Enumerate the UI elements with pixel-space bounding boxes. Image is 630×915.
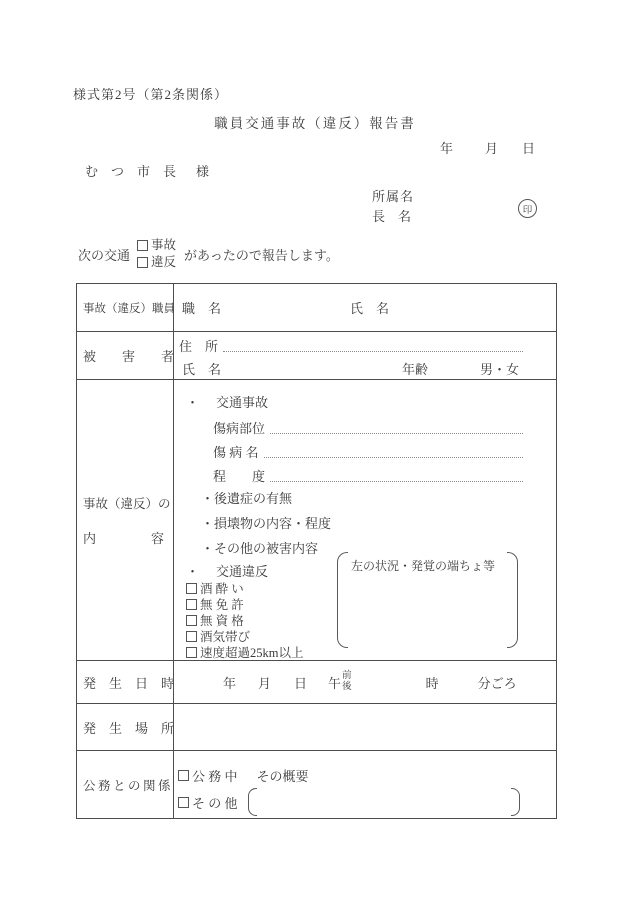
checkbox-accident-icon[interactable]	[137, 240, 148, 251]
occur-noon-label: 午	[328, 673, 341, 692]
accident-title-label: 交通事故	[216, 392, 268, 411]
injury-degree-row: 程 度	[174, 461, 556, 485]
bullet-icon: ・	[186, 561, 199, 580]
duty-option-onduty[interactable]: 公 務 中 その概要	[178, 767, 556, 783]
addressee: むつ市長	[85, 161, 189, 180]
report-table: 事故（違反）職員 職 名 氏 名 被 害 者 住 所 氏 名 年齢 男・女 事故…	[76, 283, 557, 819]
date-line: 年月日	[440, 138, 535, 157]
victim-name-row: 氏 名 年齢 男・女	[179, 359, 556, 378]
bullet-icon: ・	[186, 392, 199, 411]
victim-address-fill-line[interactable]	[223, 351, 523, 352]
checkbox-dui-icon[interactable]	[186, 631, 197, 642]
injury-degree-fill-line[interactable]	[270, 481, 523, 482]
occur-year-label: 年	[223, 673, 236, 692]
checkbox-onduty-icon[interactable]	[178, 770, 189, 781]
violation-note-label: 左の状況・発覚の端ちょ等	[351, 557, 495, 574]
checkbox-drunk-icon[interactable]	[186, 583, 197, 594]
checkbox-other-icon[interactable]	[178, 797, 189, 808]
row-details-label: 事故（違反）の 内 容	[77, 380, 174, 661]
violation-note-bracket[interactable]: 左の状況・発覚の端ちょ等	[337, 552, 518, 648]
right-paren-icon	[507, 552, 518, 648]
checkbox-violation-icon[interactable]	[137, 257, 148, 268]
form-number: 様式第2号（第2条関係）	[73, 84, 228, 103]
row-duty-content: 公 務 中 その概要 そ の 他	[174, 751, 556, 818]
seal-stamp-icon: 印	[518, 199, 537, 218]
injury-name-fill-line[interactable]	[264, 457, 523, 458]
intro-option-accident-label: 事故	[151, 237, 176, 254]
staff-position-label: 職 名	[182, 298, 221, 317]
occur-day-label: 日	[294, 673, 307, 692]
page-title: 職員交通事故（違反）報告書	[0, 112, 630, 132]
date-month-label: 月	[485, 141, 498, 156]
row-details-content: ・ 交通事故 傷病部位 傷 病 名 程 度 ・後遺症の有無 ・損壊物の内容・程度…	[174, 380, 556, 661]
duty-summary-label: その概要	[257, 766, 309, 785]
injury-part-row: 傷病部位	[174, 413, 556, 437]
report-form-page: 様式第2号（第2条関係） 職員交通事故（違反）報告書 年月日 むつ市長 様 所属…	[0, 0, 630, 915]
injury-name-row: 傷 病 名	[174, 437, 556, 461]
row-staff-content[interactable]: 職 名 氏 名	[174, 284, 556, 332]
am-pm-stack: 前 後	[342, 671, 352, 693]
duty-onduty-label: 公 務 中	[192, 766, 238, 785]
chief-name-label: 長 名	[372, 206, 411, 225]
violation-title-label: 交通違反	[216, 561, 268, 580]
addressee-honorific: 様	[196, 161, 209, 180]
row-staff-label: 事故（違反）職員	[77, 284, 174, 332]
victim-address-label: 住 所	[179, 336, 218, 355]
victim-age-label: 年齢	[402, 359, 428, 378]
details-label-line1: 事故（違反）の	[83, 494, 170, 512]
am-label: 前	[342, 671, 352, 682]
row-duty-label: 公務との関係	[77, 751, 174, 818]
row-place-input-area[interactable]	[174, 704, 556, 751]
intro-sentence: 次の交通 事故 違反 があったので報告します。	[78, 237, 339, 271]
affiliation-label: 所属名	[372, 186, 414, 205]
checkbox-unqualified-icon[interactable]	[186, 615, 197, 626]
checkbox-unlicensed-icon[interactable]	[186, 599, 197, 610]
date-year-label: 年	[440, 141, 453, 156]
duty-other-label: そ の 他	[192, 793, 238, 812]
victim-name-label: 氏 名	[182, 359, 221, 378]
occur-minute-label: 分ごろ	[478, 673, 517, 692]
occur-hour-label: 時	[426, 673, 439, 692]
details-label-line2-right: 容	[151, 528, 164, 547]
details-label-line2-left: 内	[83, 528, 96, 547]
intro-options: 事故 違反	[137, 237, 176, 271]
row-place-label: 発 生 場 所	[77, 704, 174, 751]
intro-option-violation-label: 違反	[151, 254, 176, 271]
injury-degree-label: 程 度	[213, 466, 265, 485]
right-paren-icon	[511, 788, 520, 816]
victim-sex-label: 男・女	[480, 359, 519, 378]
date-day-label: 日	[522, 141, 535, 156]
intro-suffix: があったので報告します。	[184, 245, 339, 264]
row-victim-content: 住 所 氏 名 年齢 男・女	[174, 332, 556, 380]
pm-label: 後	[342, 682, 352, 693]
left-paren-icon	[337, 552, 348, 648]
aftereffects-item: ・後遺症の有無	[174, 485, 556, 510]
occur-month-label: 月	[258, 673, 271, 692]
left-paren-icon	[248, 788, 257, 816]
accident-section-title: ・ 交通事故	[174, 389, 556, 413]
violation-speeding-label: 速度超過25km以上	[200, 643, 303, 661]
intro-option-violation[interactable]: 違反	[137, 254, 176, 271]
injury-part-fill-line[interactable]	[270, 433, 523, 434]
row-datetime-label: 発 生 日 時	[77, 661, 174, 704]
details-label-line2: 内 容	[83, 528, 170, 547]
injury-part-label: 傷病部位	[213, 418, 265, 437]
duty-other-bracket[interactable]	[248, 788, 520, 816]
damaged-property-item: ・損壊物の内容・程度	[174, 510, 556, 535]
staff-name-label: 氏 名	[350, 298, 389, 317]
injury-name-label: 傷 病 名	[213, 442, 259, 461]
intro-prefix: 次の交通	[78, 245, 130, 264]
intro-option-accident[interactable]: 事故	[137, 237, 176, 254]
checkbox-speeding-icon[interactable]	[186, 647, 197, 658]
row-victim-label: 被 害 者	[77, 332, 174, 380]
row-datetime-content[interactable]: 年 月 日 午 前 後 時 分ごろ	[174, 661, 556, 704]
victim-address-row: 住 所	[179, 334, 556, 355]
